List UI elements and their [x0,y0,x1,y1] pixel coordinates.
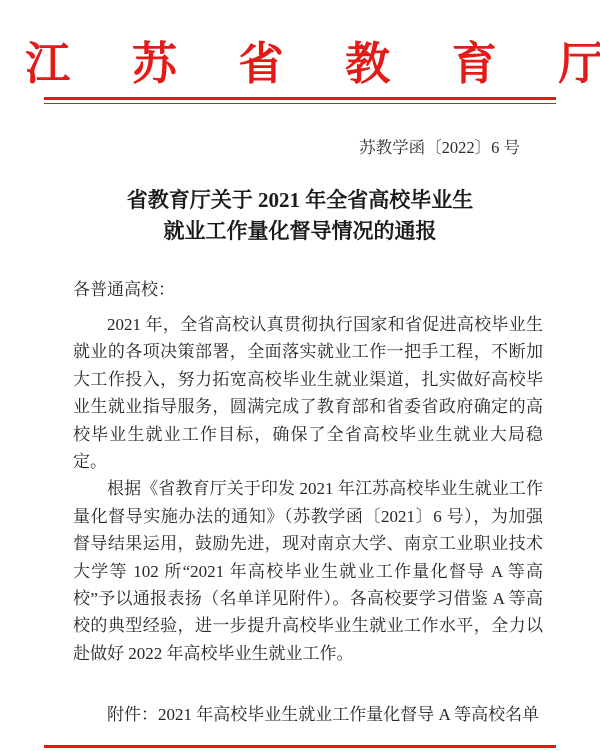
body-paragraph-1: 2021 年，全省高校认真贯彻执行国家和省促进高校毕业生就业的各项决策部署，全面… [73,311,543,475]
footer-divider [44,745,556,748]
document-body: 2021 年，全省高校认真贯彻执行国家和省促进高校毕业生就业的各项决策部署，全面… [73,311,543,667]
body-paragraph-2: 根据《省教育厅关于印发 2021 年江苏高校毕业生就业工作量化督导实施办法的通知… [73,475,543,667]
document-title-line-1: 省教育厅关于 2021 年全省高校毕业生 [0,185,600,216]
document-title-line-2: 就业工作量化督导情况的通报 [0,216,600,247]
document-number: 苏教学函〔2022〕6 号 [0,137,600,159]
agency-masthead: 江 苏 省 教 育 厅 [0,0,600,90]
attachment-line: 附件：2021 年高校毕业生就业工作量化督导 A 等高校名单 [73,702,543,728]
document-page: 江 苏 省 教 育 厅 苏教学函〔2022〕6 号 省教育厅关于 2021 年全… [0,0,600,751]
salutation: 各普通高校： [73,277,543,303]
document-title: 省教育厅关于 2021 年全省高校毕业生 就业工作量化督导情况的通报 [0,185,600,247]
masthead-divider [44,97,556,104]
